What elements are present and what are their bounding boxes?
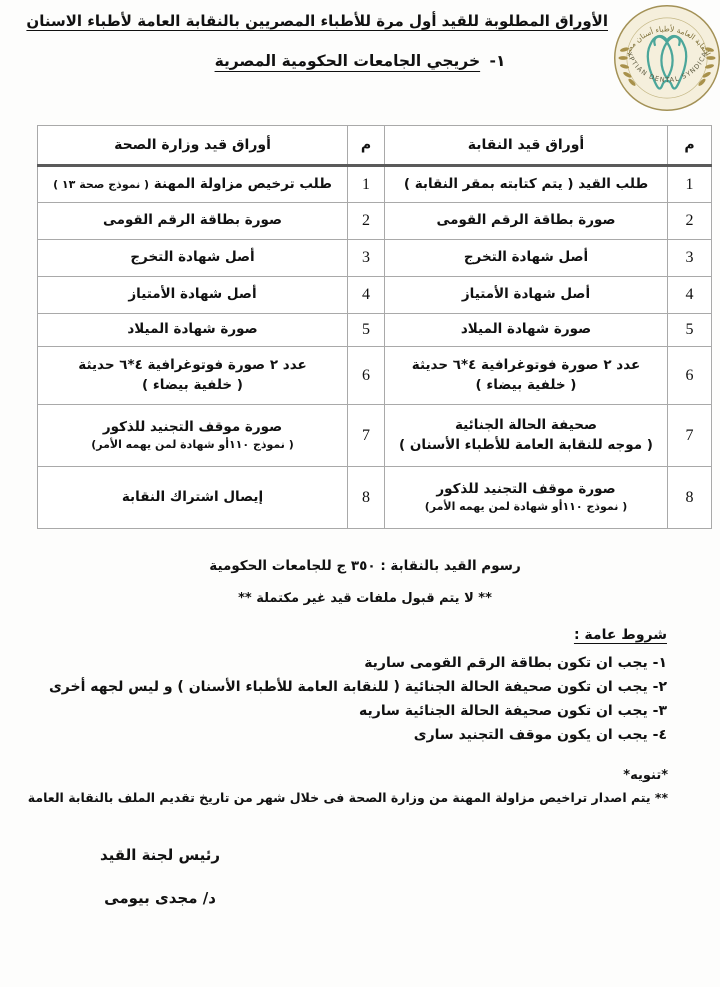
condition-item: ١- يجب ان تكون بطاقة الرقم القومى سارية: [20, 651, 667, 675]
signature-role: رئيس لجنة القيد: [100, 846, 220, 864]
health-row-number: 2: [348, 203, 385, 240]
signature-name: د/ مجدى بيومى: [100, 889, 220, 907]
header-health-docs: أوراق قيد وزارة الصحة: [38, 126, 348, 166]
conditions-heading: شروط عامة :: [20, 627, 667, 643]
syndicate-doc-cell: صورة شهادة الميلاد: [385, 314, 668, 347]
health-doc-cell: إيصال اشتراك النقابة: [38, 467, 348, 529]
health-doc-cell: صورة شهادة الميلاد: [38, 314, 348, 347]
syndicate-doc-cell: صورة بطاقة الرقم القومى: [385, 203, 668, 240]
subtitle-number: ١-: [486, 52, 506, 70]
fees-section: رسوم القيد بالنقابة : ٣٥٠ ج للجامعات الح…: [30, 558, 700, 606]
health-row-number: 1: [348, 166, 385, 203]
document-page: النقابة العامة لأطباء أسنان مصر EGYPTIAN…: [0, 0, 720, 987]
syndicate-doc-cell: صحيفة الحالة الجنائية( موجه للنقابة العا…: [385, 405, 668, 467]
condition-item: ٢- يجب ان تكون صحيفة الحالة الجنائية ( ل…: [20, 675, 667, 699]
syndicate-row-number: 7: [668, 405, 712, 467]
syndicate-doc-cell: أصل شهادة الأمتياز: [385, 277, 668, 314]
health-doc-cell: صورة موقف التجنيد للذكور( نموذج ١١٠أو شه…: [38, 405, 348, 467]
syndicate-doc-cell: طلب القيد ( يتم كتابته بمقر النقابة ): [385, 166, 668, 203]
syndicate-row-number: 8: [668, 467, 712, 529]
header-num-syndicate: م: [668, 126, 712, 166]
notice-section: *تنويه* ** يتم اصدار تراخيص مزاولة المهن…: [20, 768, 668, 805]
table-row: 3أصل شهادة التخرج3أصل شهادة التخرج: [38, 240, 712, 277]
table-header-row: م أوراق قيد النقابة م أوراق قيد وزارة ال…: [38, 126, 712, 166]
document-header: الأوراق المطلوبة للقيد أول مرة للأطباء ا…: [112, 12, 608, 70]
syndicate-doc-cell: أصل شهادة التخرج: [385, 240, 668, 277]
health-doc-cell: أصل شهادة الأمتياز: [38, 277, 348, 314]
table-row: 2صورة بطاقة الرقم القومى2صورة بطاقة الرق…: [38, 203, 712, 240]
signature-block: رئيس لجنة القيد د/ مجدى بيومى: [100, 846, 220, 907]
syndicate-row-number: 6: [668, 347, 712, 405]
table-row: 1طلب القيد ( يتم كتابته بمقر النقابة )1ط…: [38, 166, 712, 203]
table-row: 8صورة موقف التجنيد للذكور( نموذج ١١٠أو ش…: [38, 467, 712, 529]
condition-item: ٣- يجب ان تكون صحيفة الحالة الجنائية سار…: [20, 699, 667, 723]
notice-text: ** يتم اصدار تراخيص مزاولة المهنة من وزا…: [20, 790, 668, 805]
page-subtitle: ١- خريجي الجامعات الحكومية المصرية: [112, 52, 608, 70]
syndicate-doc-cell: صورة موقف التجنيد للذكور( نموذج ١١٠أو شه…: [385, 467, 668, 529]
required-documents-table: م أوراق قيد النقابة م أوراق قيد وزارة ال…: [37, 125, 712, 529]
table-row: 7صحيفة الحالة الجنائية( موجه للنقابة الع…: [38, 405, 712, 467]
health-doc-cell: أصل شهادة التخرج: [38, 240, 348, 277]
general-conditions-section: شروط عامة : ١- يجب ان تكون بطاقة الرقم ا…: [20, 627, 667, 747]
health-row-number: 6: [348, 347, 385, 405]
table-row: 4أصل شهادة الأمتياز4أصل شهادة الأمتياز: [38, 277, 712, 314]
health-row-number: 8: [348, 467, 385, 529]
dental-syndicate-logo: النقابة العامة لأطباء أسنان مصر EGYPTIAN…: [611, 2, 720, 114]
header-num-health: م: [348, 126, 385, 166]
syndicate-row-number: 3: [668, 240, 712, 277]
syndicate-row-number: 2: [668, 203, 712, 240]
health-row-number: 5: [348, 314, 385, 347]
condition-item: ٤- يجب ان يكون موقف التجنيد سارى: [20, 723, 667, 747]
dental-syndicate-logo-icon: النقابة العامة لأطباء أسنان مصر EGYPTIAN…: [611, 2, 720, 114]
subtitle-text: خريجي الجامعات الحكومية المصرية: [215, 52, 481, 70]
syndicate-row-number: 4: [668, 277, 712, 314]
header-syndicate-docs: أوراق قيد النقابة: [385, 126, 668, 166]
incomplete-files-warning: ** لا يتم قبول ملفات قيد غير مكتملة **: [30, 591, 700, 606]
table-row: 5صورة شهادة الميلاد5صورة شهادة الميلاد: [38, 314, 712, 347]
syndicate-doc-cell: عدد ٢ صورة فوتوغرافية ٤*٦ حديثة( خلفية ب…: [385, 347, 668, 405]
health-doc-cell: عدد ٢ صورة فوتوغرافية ٤*٦ حديثة( خلفية ب…: [38, 347, 348, 405]
table-row: 6عدد ٢ صورة فوتوغرافية ٤*٦ حديثة( خلفية …: [38, 347, 712, 405]
syndicate-row-number: 1: [668, 166, 712, 203]
registration-fee-text: رسوم القيد بالنقابة : ٣٥٠ ج للجامعات الح…: [30, 558, 700, 574]
health-doc-cell: صورة بطاقة الرقم القومى: [38, 203, 348, 240]
documents-table-body: 1طلب القيد ( يتم كتابته بمقر النقابة )1ط…: [38, 166, 712, 529]
syndicate-row-number: 5: [668, 314, 712, 347]
notice-title: *تنويه*: [20, 768, 668, 783]
health-row-number: 4: [348, 277, 385, 314]
health-row-number: 7: [348, 405, 385, 467]
health-row-number: 3: [348, 240, 385, 277]
health-doc-cell: طلب ترخيص مزاولة المهنة ( نموذج صحة ١٣ ): [38, 166, 348, 203]
page-title: الأوراق المطلوبة للقيد أول مرة للأطباء ا…: [112, 12, 608, 30]
